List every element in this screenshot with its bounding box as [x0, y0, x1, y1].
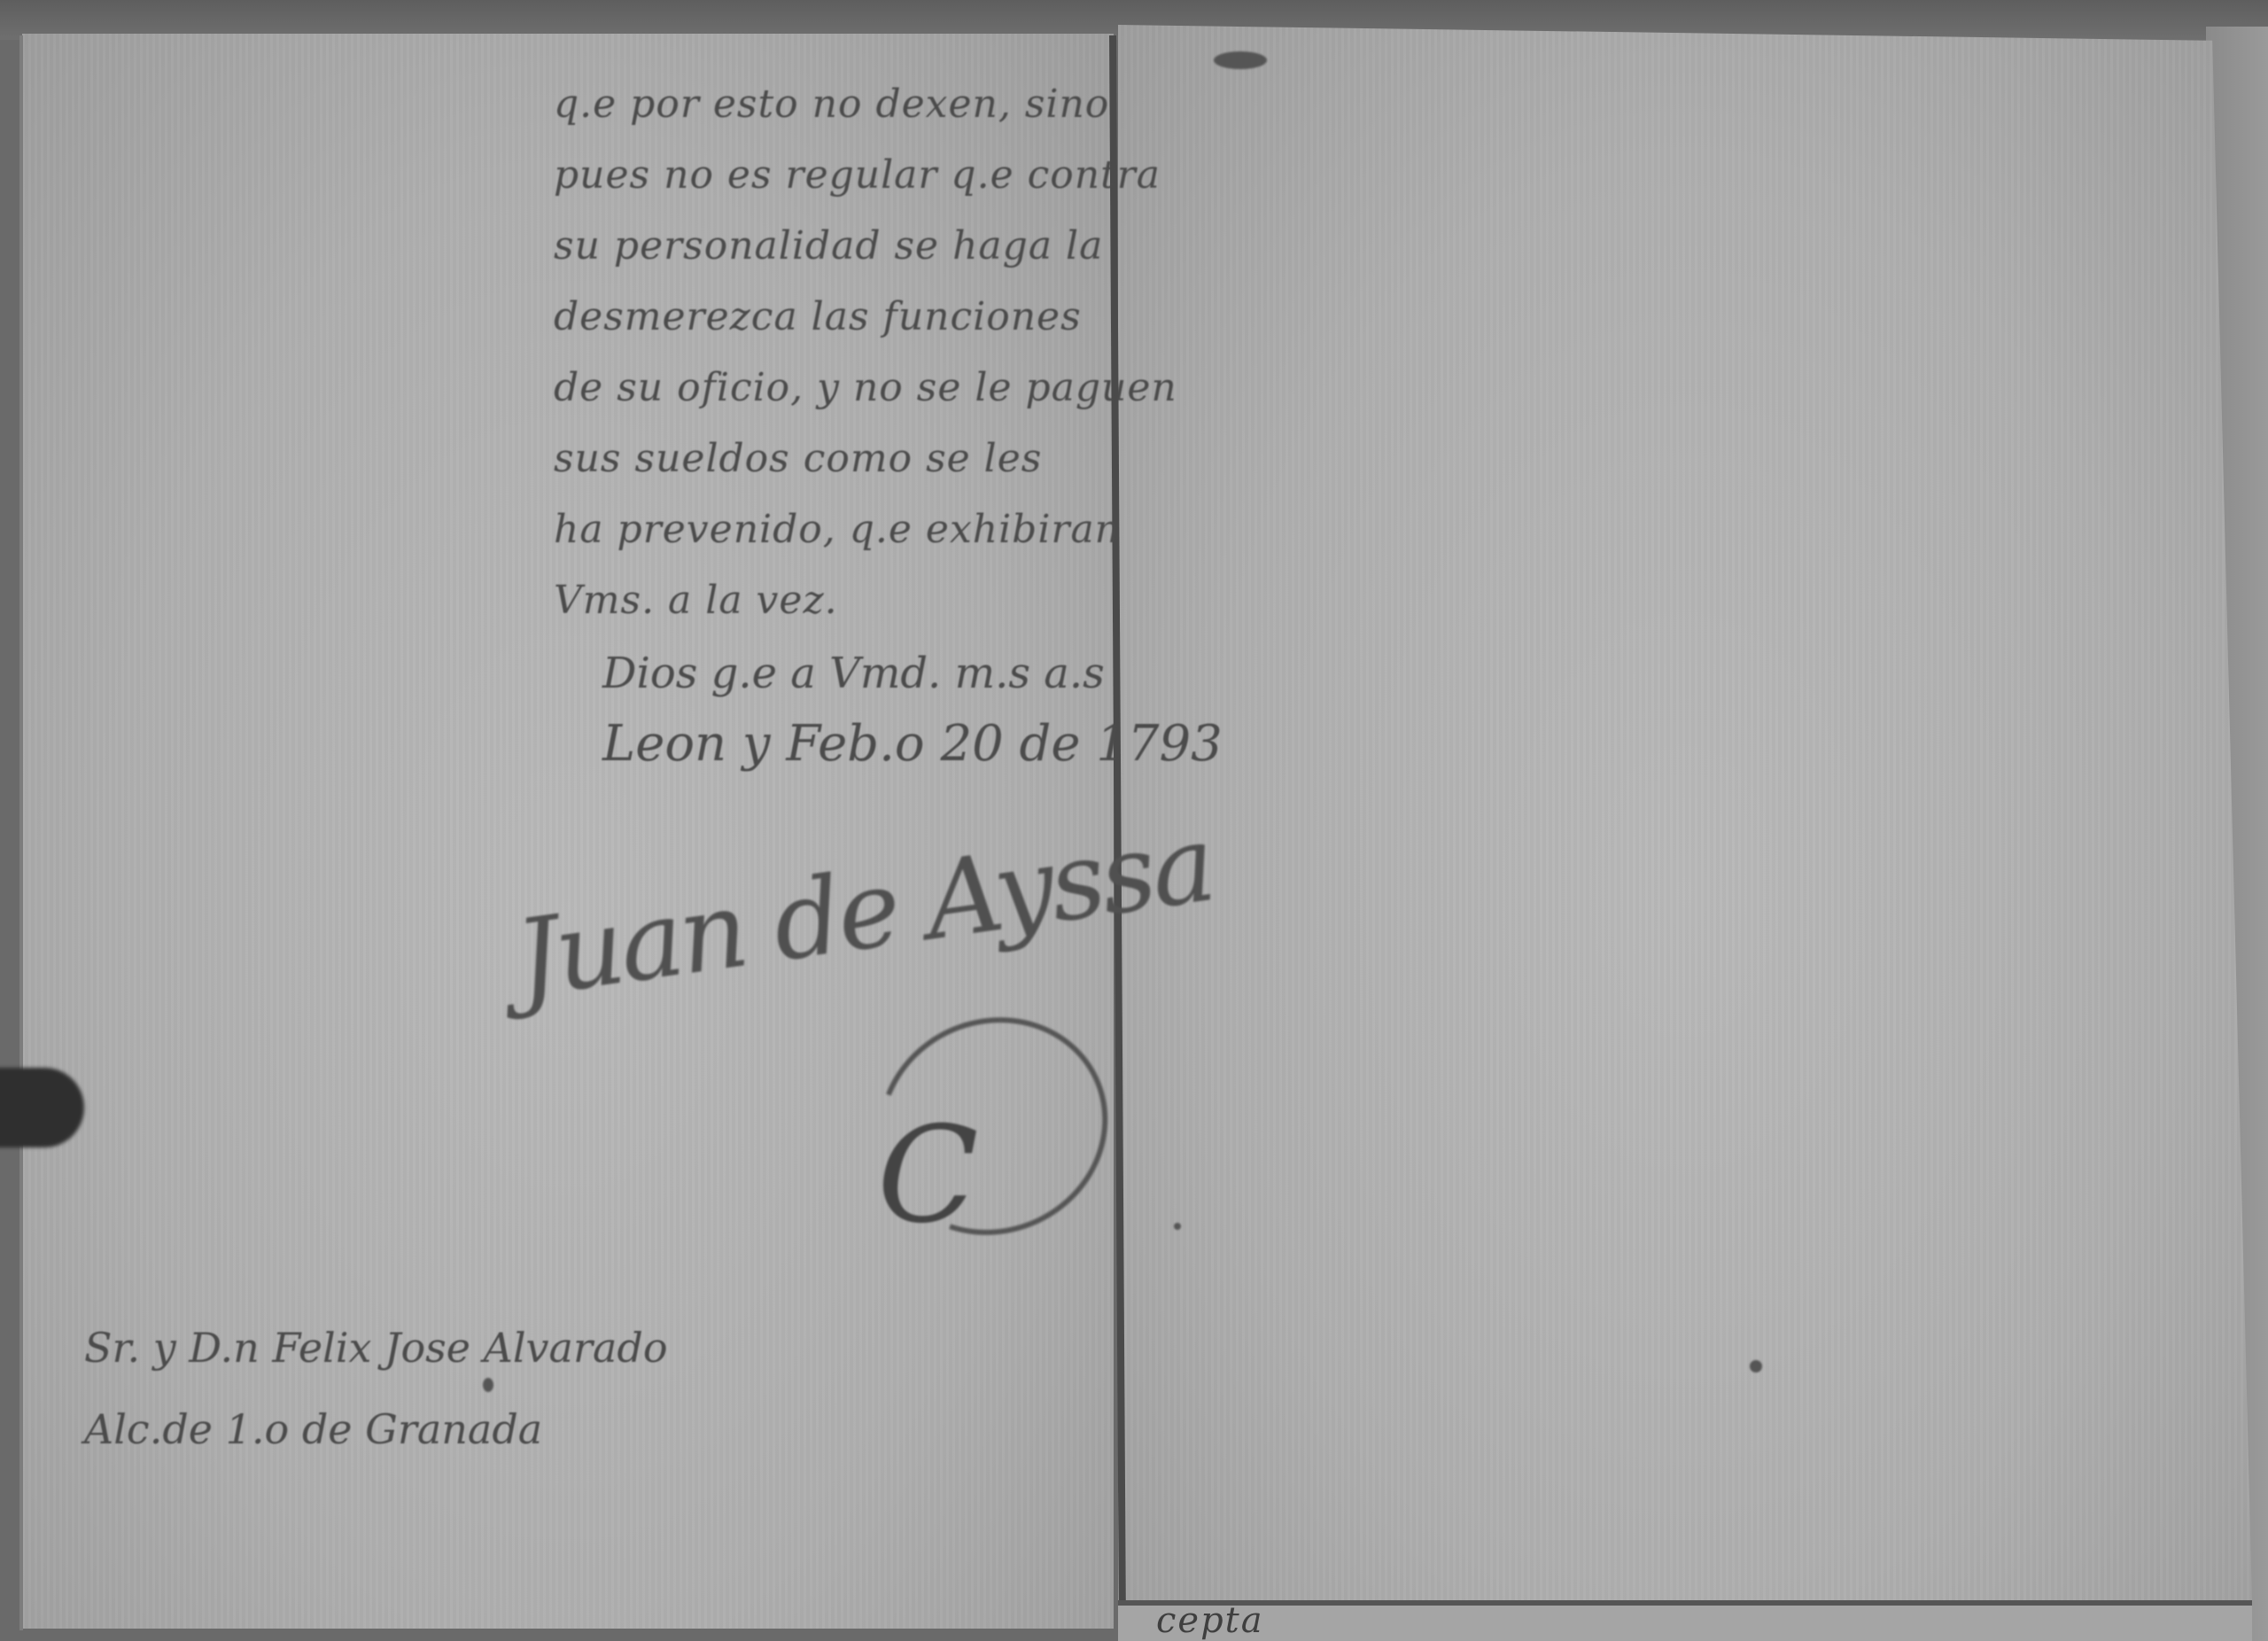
body-line: q.e por esto no dexen, sino: [554, 69, 1121, 140]
manuscript-scan: q.e por esto no dexen, sino pues no es r…: [0, 0, 2268, 1641]
body-line: desmerezca las funciones: [554, 282, 1121, 353]
body-line: sus sueldos como se les: [554, 424, 1121, 494]
ink-dot: [1750, 1360, 1762, 1373]
addressee-block: Sr. y D.n Felix Jose Alvarado Alc.de 1.o…: [84, 1307, 668, 1470]
body-line: ha prevenido, q.e exhibiran: [554, 494, 1121, 565]
body-line: su personalidad se haga la: [554, 211, 1121, 282]
body-line: de su oficio, y no se le paguen: [554, 353, 1121, 424]
place-date: Leon y Feb.o 20 de 1793: [602, 709, 1223, 780]
thumb-shadow: [0, 1068, 84, 1147]
letter-body: q.e por esto no dexen, sino pues no es r…: [554, 69, 1121, 636]
body-line: pues no es regular q.e contra: [554, 140, 1121, 211]
body-line: Vms. a la vez.: [554, 565, 1121, 636]
valediction: Dios g.e a Vmd. m.s a.s: [602, 638, 1223, 709]
signature-rubric-letter: C: [877, 1099, 979, 1253]
left-page-edge: [19, 35, 23, 1630]
addressee-title: Alc.de 1.o de Granada: [84, 1388, 668, 1470]
right-page: [1118, 25, 2252, 1602]
letter-closing: Dios g.e a Vmd. m.s a.s Leon y Feb.o 20 …: [602, 638, 1223, 780]
next-sheet-edge: [1118, 1600, 2252, 1641]
next-sheet-fragment: cepta: [1156, 1600, 1264, 1641]
addressee-name: Sr. y D.n Felix Jose Alvarado: [84, 1307, 668, 1388]
ink-blot: [1214, 51, 1267, 69]
ink-dot: [1174, 1223, 1181, 1230]
